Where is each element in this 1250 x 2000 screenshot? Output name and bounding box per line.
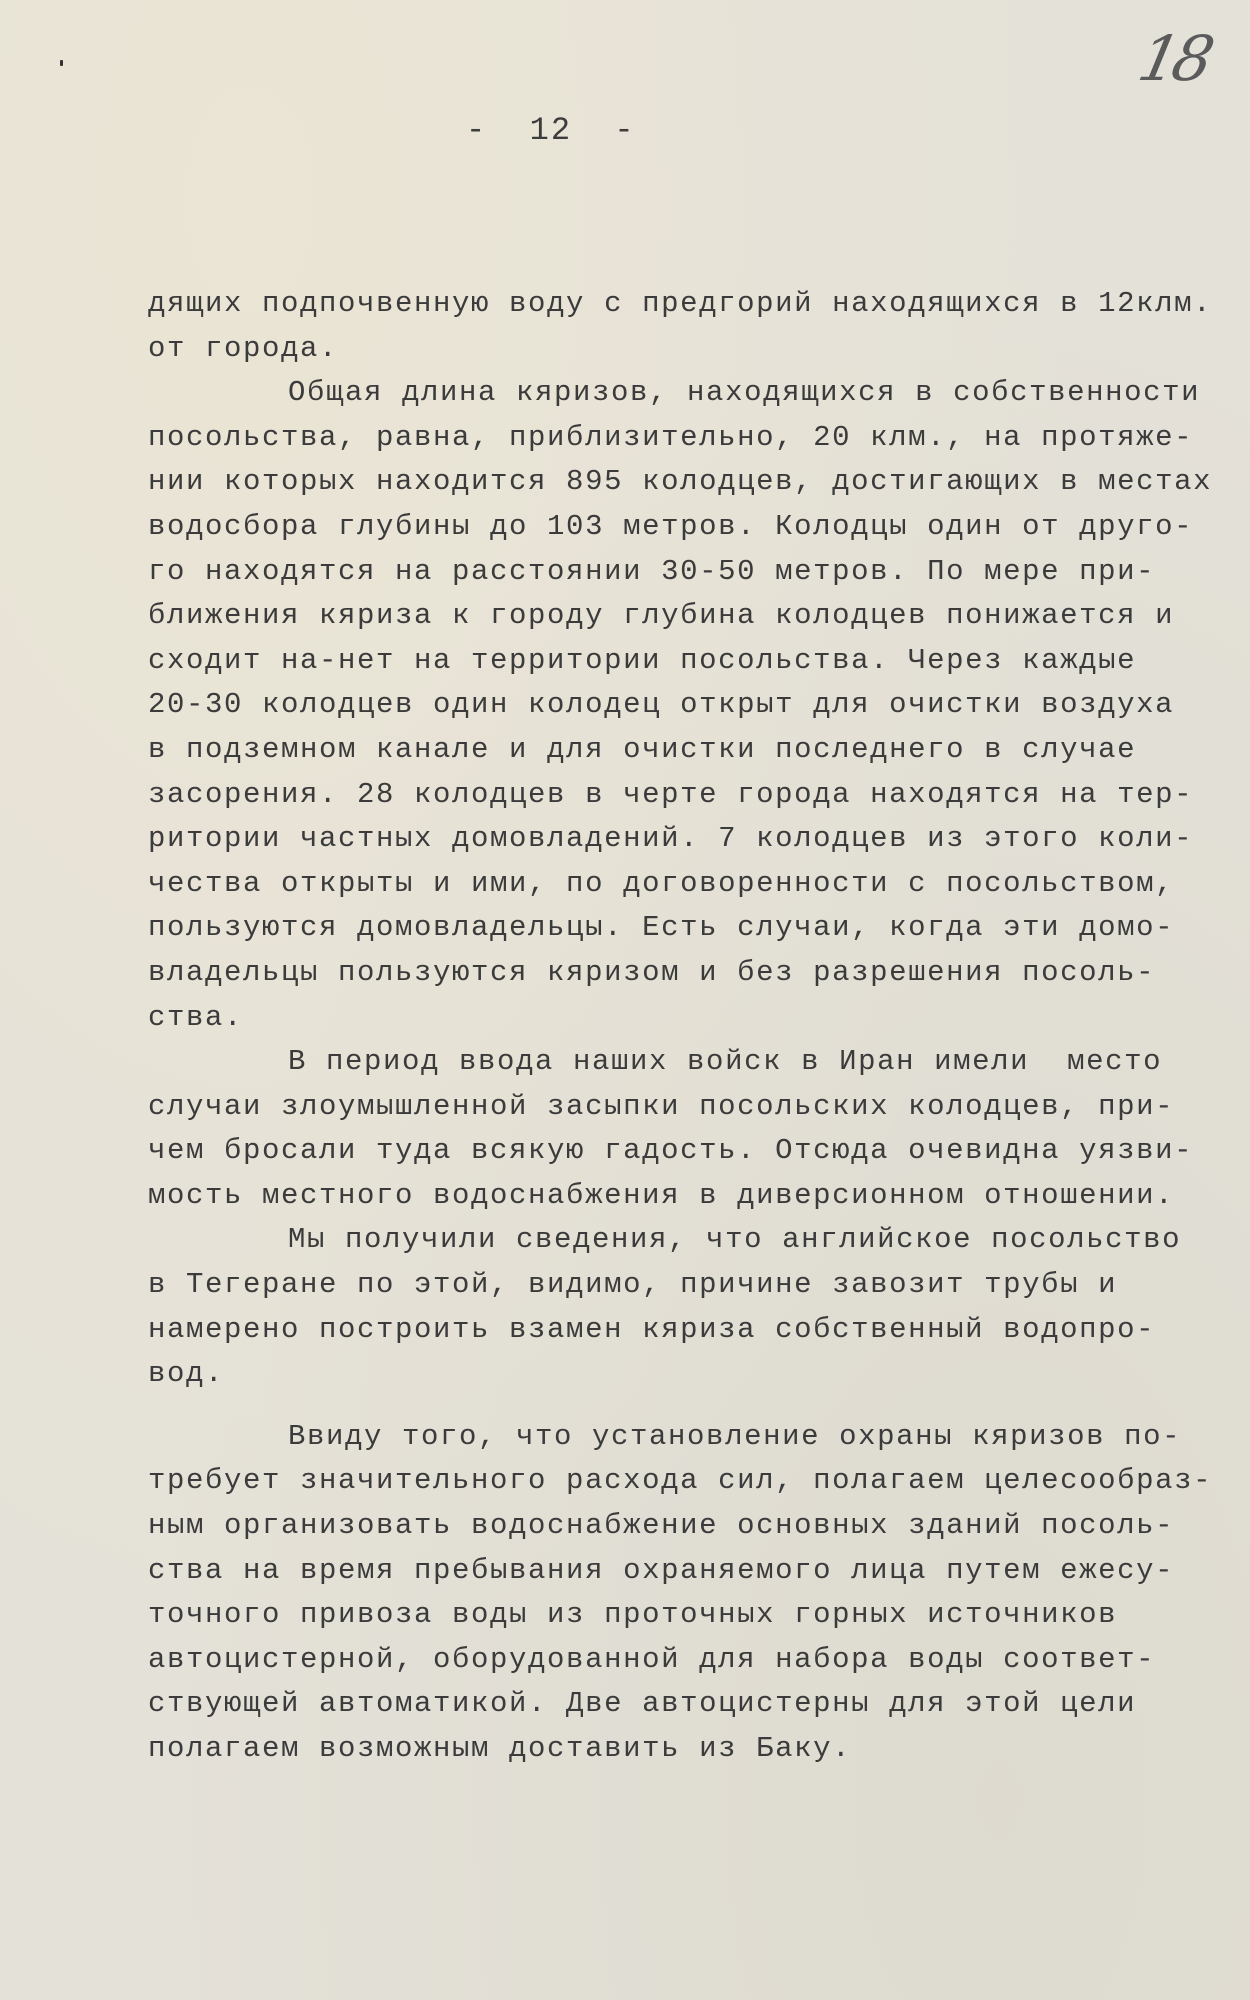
text-line: Ввиду того, что установление охраны кяри… xyxy=(148,1415,1248,1460)
paragraph: Общая длина кяризов, находящихся в собст… xyxy=(148,371,1248,1040)
text-line: точного привоза воды из проточных горных… xyxy=(148,1593,1248,1638)
text-line: засорения. 28 колодцев в черте города на… xyxy=(148,773,1248,818)
text-line: автоцистерной, оборудованной для набора … xyxy=(148,1638,1248,1683)
text-line: чем бросали туда всякую гадость. Отсюда … xyxy=(148,1129,1248,1174)
paragraph: Ввиду того, что установление охраны кяри… xyxy=(148,1415,1248,1772)
text-line: ства. xyxy=(148,996,1248,1041)
body-text: дящих подпочвенную воду с предгорий нахо… xyxy=(148,282,1248,1772)
paragraph: В период ввода наших войск в Иран имели … xyxy=(148,1040,1248,1218)
paragraph: Мы получили сведения, что английское пос… xyxy=(148,1218,1248,1396)
text-line: вод. xyxy=(148,1352,1248,1397)
text-line: Общая длина кяризов, находящихся в собст… xyxy=(148,371,1248,416)
text-line: водосбора глубины до 103 метров. Колодцы… xyxy=(148,505,1248,550)
text-line: ства на время пребывания охраняемого лиц… xyxy=(148,1549,1248,1594)
text-line: полагаем возможным доставить из Баку. xyxy=(148,1727,1248,1772)
paragraph: дящих подпочвенную воду с предгорий нахо… xyxy=(148,282,1248,371)
text-line: случаи злоумышленной засыпки посольских … xyxy=(148,1085,1248,1130)
text-line: в Тегеране по этой, видимо, причине заво… xyxy=(148,1263,1248,1308)
text-line: нии которых находится 895 колодцев, дост… xyxy=(148,460,1248,505)
text-line: ритории частных домовладений. 7 колодцев… xyxy=(148,817,1248,862)
text-line: В период ввода наших войск в Иран имели … xyxy=(148,1040,1248,1085)
page-number: - 12 - xyxy=(466,112,636,149)
text-line: владельцы пользуются кяризом и без разре… xyxy=(148,951,1248,996)
text-line: намерено построить взамен кяриза собстве… xyxy=(148,1308,1248,1353)
text-line: ближения кяриза к городу глубина колодце… xyxy=(148,594,1248,639)
text-line: дящих подпочвенную воду с предгорий нахо… xyxy=(148,282,1248,327)
text-line: от города. xyxy=(148,327,1248,372)
text-line: Мы получили сведения, что английское пос… xyxy=(148,1218,1248,1263)
text-line: в подземном канале и для очистки последн… xyxy=(148,728,1248,773)
document-page: 18 - 12 - дящих подпочвенную воду с пред… xyxy=(0,0,1250,2000)
text-line: требует значительного расхода сил, полаг… xyxy=(148,1459,1248,1504)
text-line: ствующей автоматикой. Две автоцистерны д… xyxy=(148,1682,1248,1727)
text-line: го находятся на расстоянии 30-50 метров.… xyxy=(148,550,1248,595)
text-line: посольства, равна, приблизительно, 20 кл… xyxy=(148,416,1248,461)
text-line: сходит на-нет на территории посольства. … xyxy=(148,639,1248,684)
text-line: ным организовать водоснабжение основных … xyxy=(148,1504,1248,1549)
ink-speck xyxy=(60,60,63,66)
text-line: 20-30 колодцев один колодец открыт для о… xyxy=(148,683,1248,728)
text-line: пользуются домовладельцы. Есть случаи, к… xyxy=(148,906,1248,951)
text-line: чества открыты и ими, по договоренности … xyxy=(148,862,1248,907)
handwritten-folio-number: 18 xyxy=(1132,22,1214,95)
text-line: мость местного водоснабжения в диверсион… xyxy=(148,1174,1248,1219)
